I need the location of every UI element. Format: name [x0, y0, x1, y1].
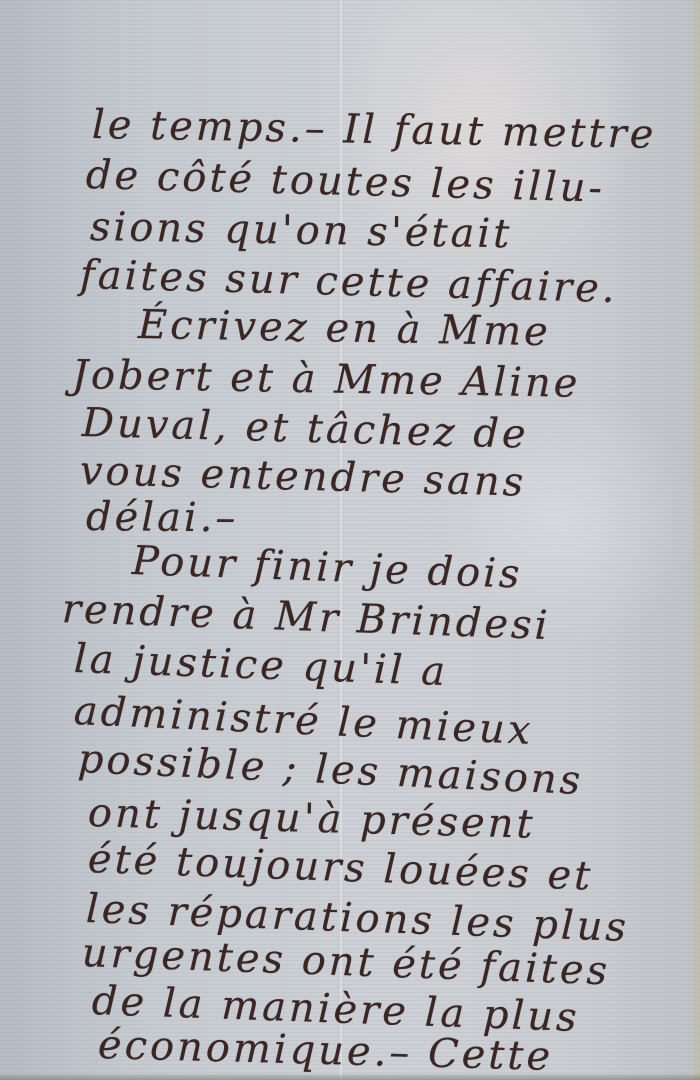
- handwritten-line: le temps.– Il faut mettre: [92, 102, 657, 158]
- paper-edge-right: [690, 0, 700, 1080]
- handwritten-line: Jobert et à Mme Aline: [72, 352, 581, 407]
- handwritten-line: Écrivez en à Mme: [138, 302, 552, 355]
- handwritten-line: la justice qu'il a: [73, 636, 449, 695]
- handwritten-line: sions qu'on s'était: [90, 204, 513, 257]
- handwritten-line: de côté toutes les illu-: [85, 152, 605, 212]
- handwritten-line: Pour finir je dois: [131, 538, 523, 598]
- handwritten-line: délai.–: [86, 494, 239, 541]
- paper-edge-bottom: [0, 1074, 700, 1080]
- letter-page: le temps.– Il faut mettre de côté toutes…: [0, 0, 700, 1080]
